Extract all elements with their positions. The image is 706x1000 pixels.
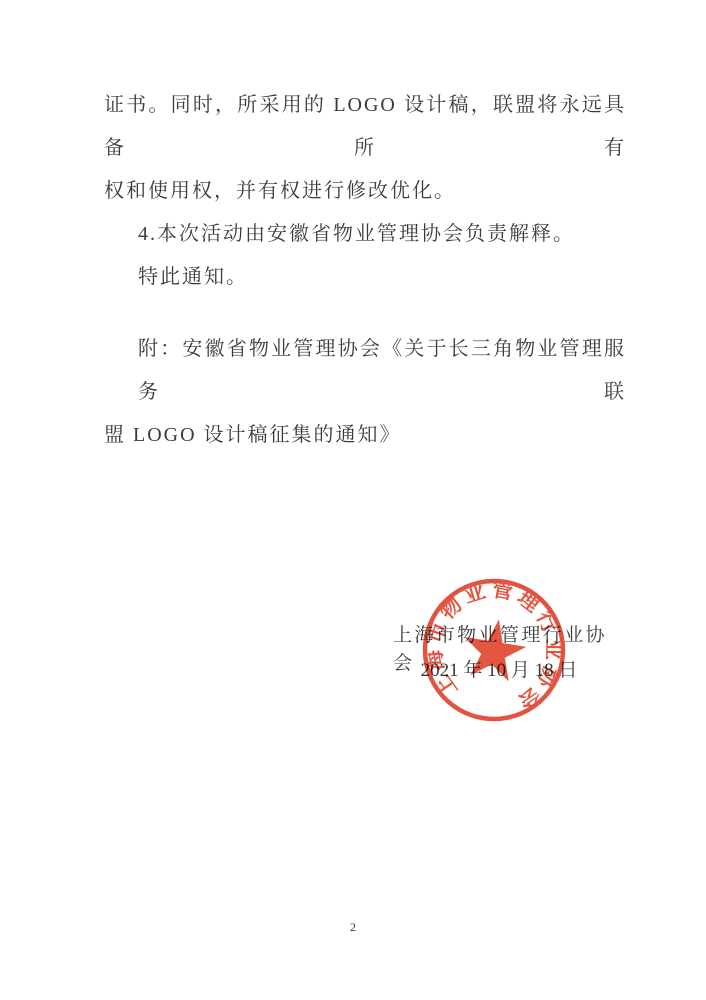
body-line: 权和使用权，并有权进行修改优化。	[104, 170, 626, 213]
attachment-reference: 附：安徽省物业管理协会《关于长三角物业管理服务联 盟 LOGO 设计稿征集的通知…	[104, 328, 626, 457]
attachment-line: 附：安徽省物业管理协会《关于长三角物业管理服务联	[104, 328, 626, 414]
body-line: 证书。同时，所采用的 LOGO 设计稿，联盟将永远具备所有	[104, 84, 626, 170]
signature-date: 2021 年 10 月 18 日	[393, 657, 605, 685]
document-page: 证书。同时，所采用的 LOGO 设计稿，联盟将永远具备所有 权和使用权，并有权进…	[0, 0, 706, 1000]
page-number: 2	[0, 920, 706, 935]
body-text: 证书。同时，所采用的 LOGO 设计稿，联盟将永远具备所有 权和使用权，并有权进…	[104, 84, 626, 299]
body-line: 4.本次活动由安徽省物业管理协会负责解释。	[104, 213, 626, 256]
attachment-line: 盟 LOGO 设计稿征集的通知》	[104, 414, 626, 457]
body-line: 特此通知。	[104, 256, 626, 299]
